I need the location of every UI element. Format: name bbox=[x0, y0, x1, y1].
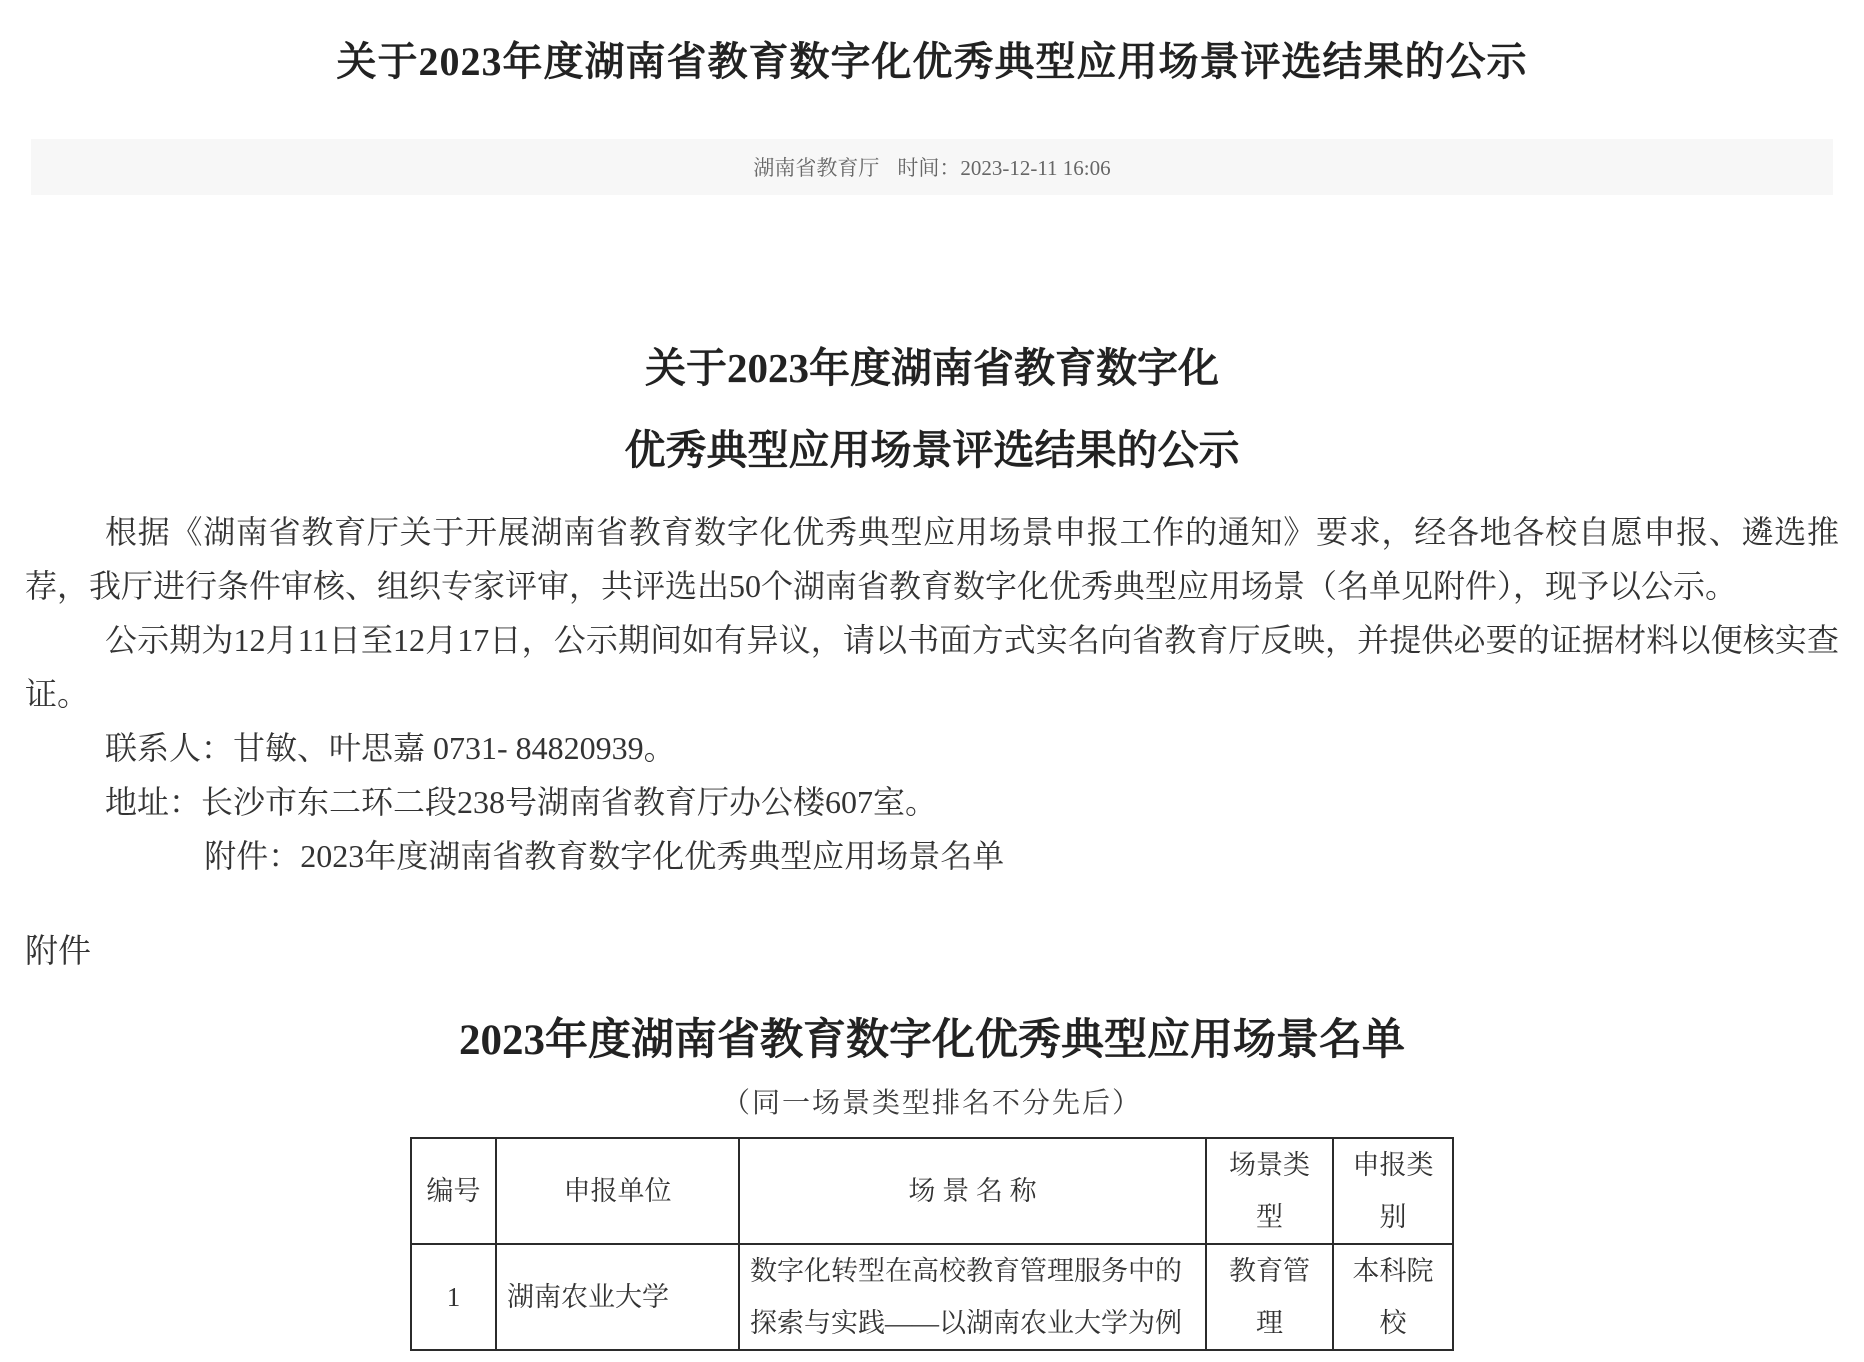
table-row: 1 湖南农业大学 数字化转型在高校教育管理服务中的探索与实践——以湖南农业大学为… bbox=[411, 1244, 1453, 1350]
article-title: 关于2023年度湖南省教育数字化 优秀典型应用场景评选结果的公示 bbox=[25, 327, 1839, 491]
row-category: 本科院校 bbox=[1333, 1244, 1453, 1350]
header-number: 编号 bbox=[411, 1138, 496, 1244]
row-number: 1 bbox=[411, 1244, 496, 1350]
row-unit: 湖南农业大学 bbox=[496, 1244, 739, 1350]
paragraph-publicity-period: 公示期为12月11日至12月17日，公示期间如有异议，请以书面方式实名向省教育厅… bbox=[25, 613, 1839, 721]
article-body: 根据《湖南省教育厅关于开展湖南省教育数字化优秀典型应用场景申报工作的通知》要求，… bbox=[25, 505, 1839, 883]
attachment-label: 附件 bbox=[0, 925, 1864, 972]
meta-time: 时间：2023-12-11 16:06 bbox=[897, 152, 1110, 182]
article-title-line2: 优秀典型应用场景评选结果的公示 bbox=[25, 409, 1839, 491]
attachment-reference: 附件：2023年度湖南省教育数字化优秀典型应用场景名单 bbox=[25, 829, 1839, 883]
row-scene-type: 教育管理 bbox=[1206, 1244, 1333, 1350]
attachment-subtitle: （同一场景类型排名不分先后） bbox=[0, 1081, 1864, 1121]
scene-list-table: 编号 申报单位 场 景 名 称 场景类型 申报类别 1 湖南农业大学 数字化转型… bbox=[410, 1137, 1454, 1351]
article-title-line1: 关于2023年度湖南省教育数字化 bbox=[25, 327, 1839, 409]
table-header-row: 编号 申报单位 场 景 名 称 场景类型 申报类别 bbox=[411, 1138, 1453, 1244]
page-title: 关于2023年度湖南省教育数字化优秀典型应用场景评选结果的公示 bbox=[0, 0, 1864, 87]
attachment-title: 2023年度湖南省教育数字化优秀典型应用场景名单 bbox=[0, 1006, 1864, 1067]
header-category: 申报类别 bbox=[1333, 1138, 1453, 1244]
page-header: 关于2023年度湖南省教育数字化优秀典型应用场景评选结果的公示 湖南省教育厅 时… bbox=[0, 0, 1864, 195]
paragraph-basis: 根据《湖南省教育厅关于开展湖南省教育数字化优秀典型应用场景申报工作的通知》要求，… bbox=[25, 505, 1839, 613]
meta-source: 湖南省教育厅 bbox=[753, 152, 879, 182]
contact-line: 联系人：甘敏、叶思嘉 0731- 84820939。 bbox=[25, 721, 1839, 775]
header-scene-name: 场 景 名 称 bbox=[739, 1138, 1206, 1244]
row-scene-name: 数字化转型在高校教育管理服务中的探索与实践——以湖南农业大学为例 bbox=[739, 1244, 1206, 1350]
attachment-section: 附件 2023年度湖南省教育数字化优秀典型应用场景名单 （同一场景类型排名不分先… bbox=[0, 925, 1864, 1351]
meta-bar: 湖南省教育厅 时间：2023-12-11 16:06 bbox=[31, 139, 1833, 195]
address-line: 地址：长沙市东二环二段238号湖南省教育厅办公楼607室。 bbox=[25, 775, 1839, 829]
header-unit: 申报单位 bbox=[496, 1138, 739, 1244]
article: 关于2023年度湖南省教育数字化 优秀典型应用场景评选结果的公示 根据《湖南省教… bbox=[0, 327, 1864, 883]
header-scene-type: 场景类型 bbox=[1206, 1138, 1333, 1244]
